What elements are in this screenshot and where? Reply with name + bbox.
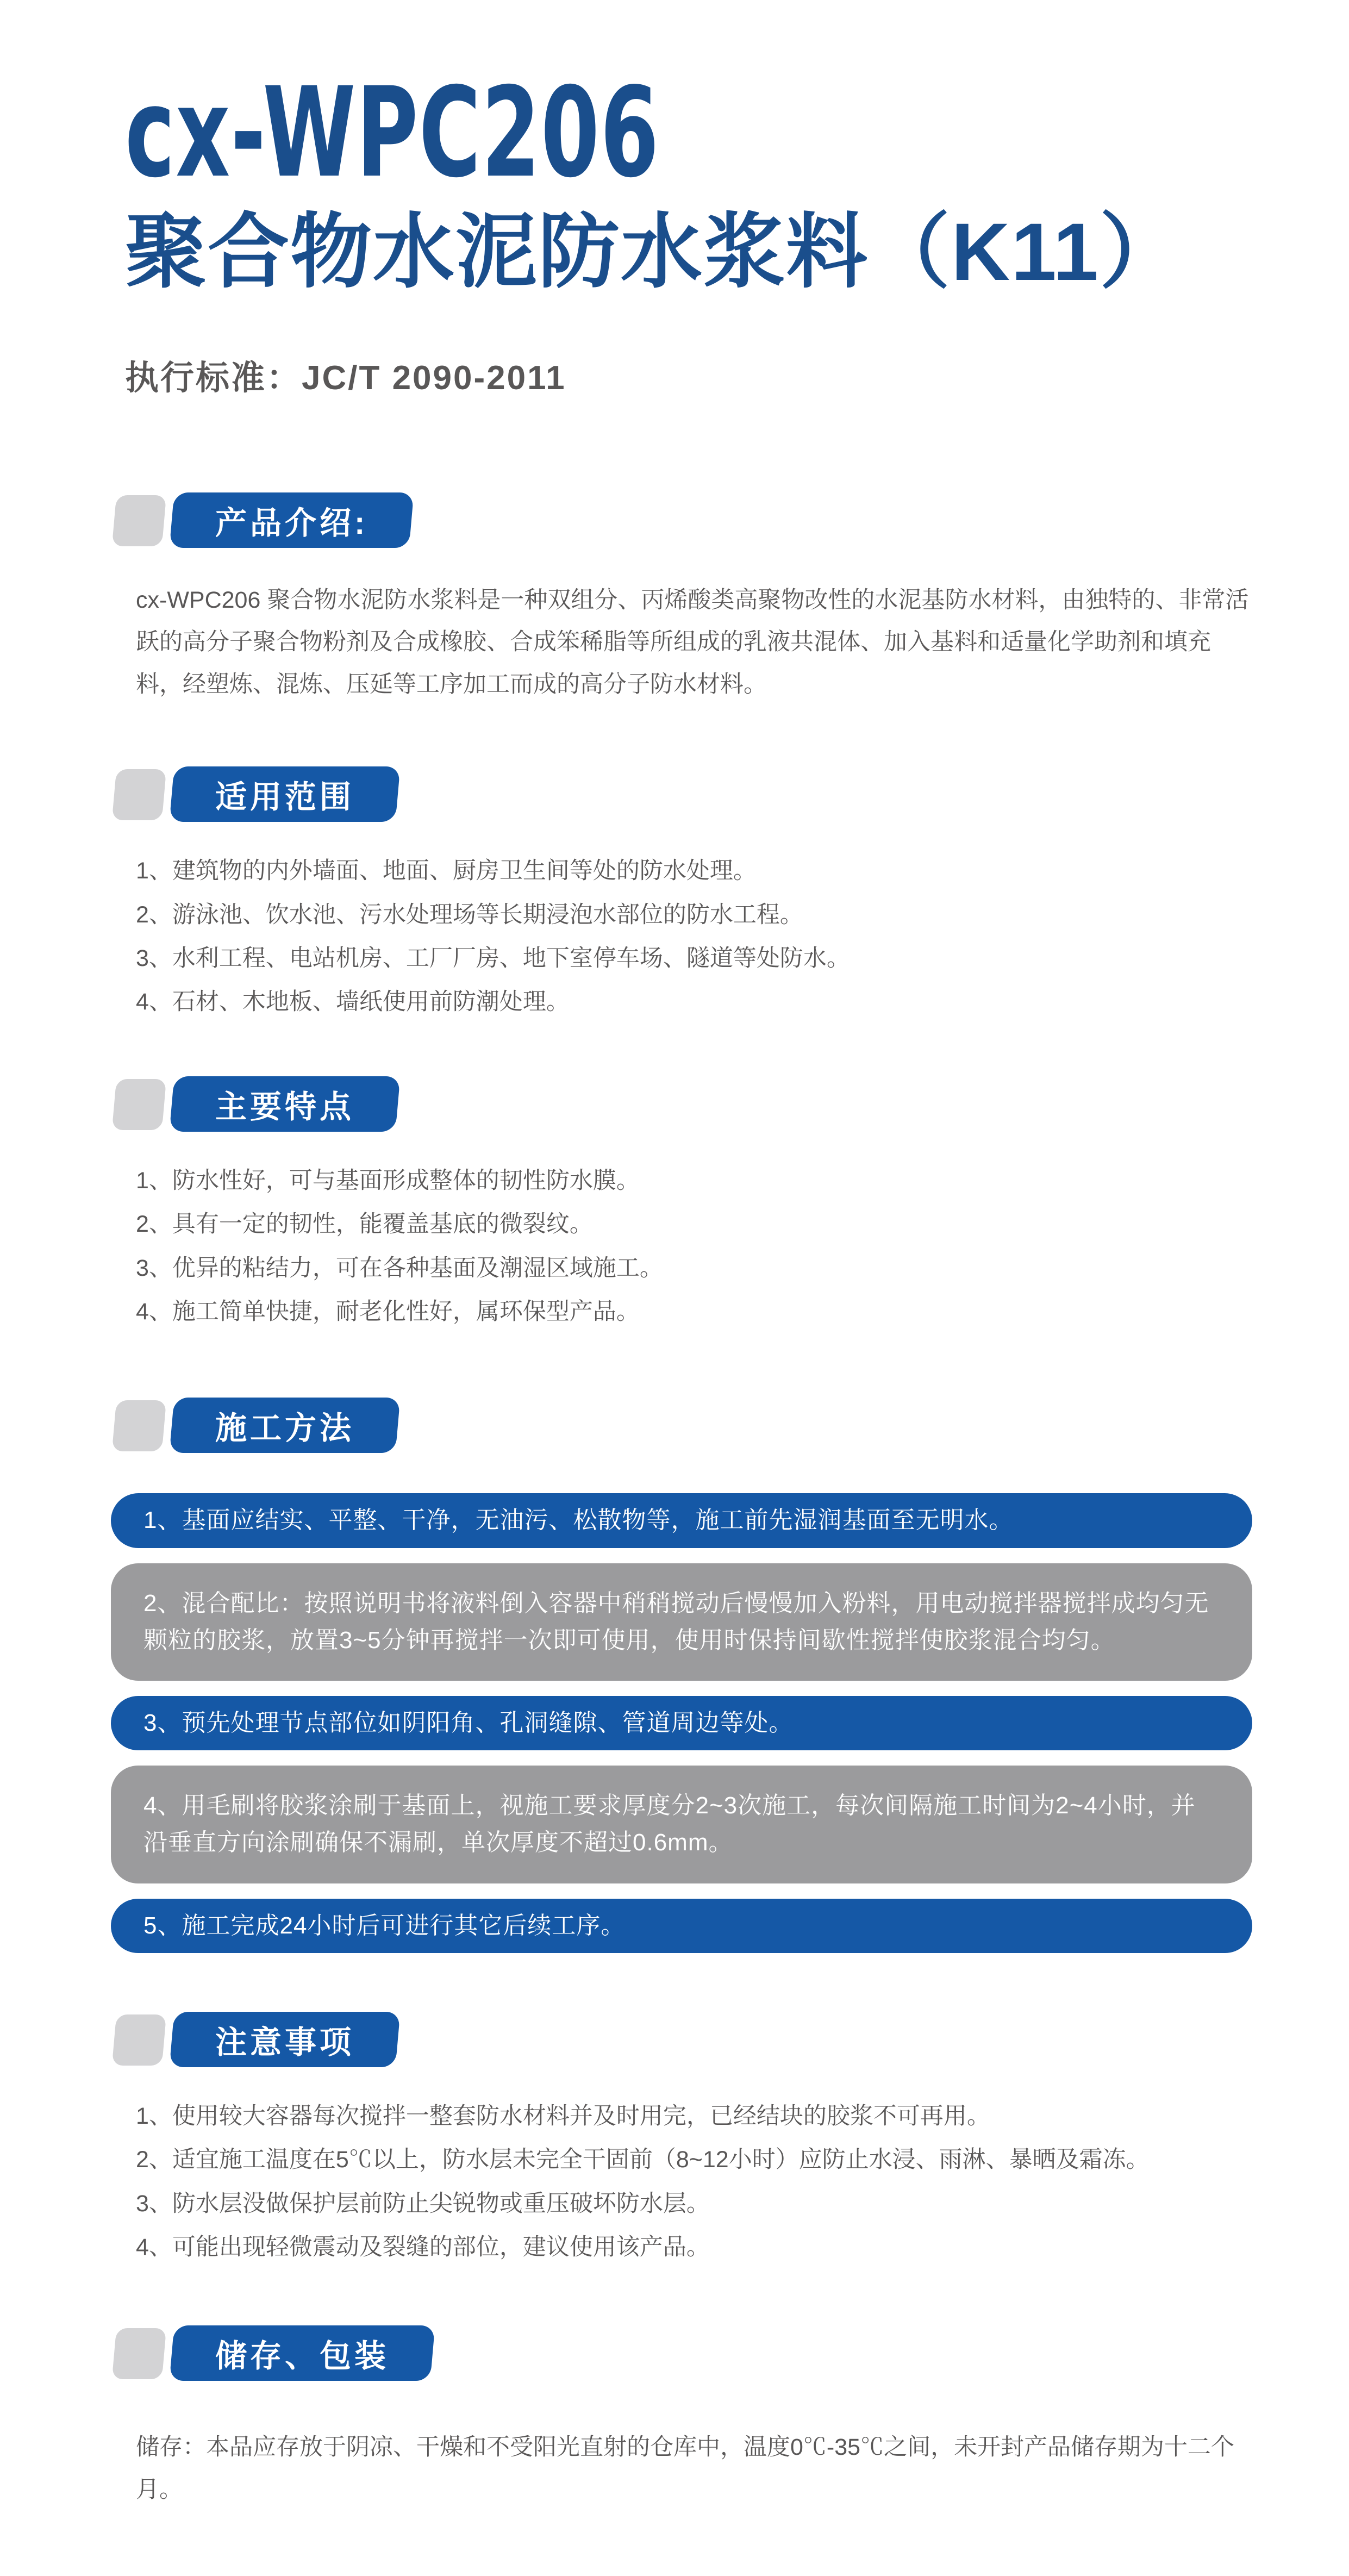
section-badge-features-label: 主要特点 xyxy=(215,1081,354,1127)
section-badge-intro-label: 产品介绍: xyxy=(215,497,368,543)
list-item: 3、优异的粘结力，可在各种基面及潮湿区域施工。 xyxy=(136,1246,1252,1290)
section-header-features: 主要特点 xyxy=(114,1076,1252,1132)
decorative-tile-icon xyxy=(112,2014,166,2066)
list-item: 4、可能出现轻微震动及裂缝的部位，建议使用该产品。 xyxy=(136,2225,1252,2269)
standard-line: 执行标准：JC/T 2090-2011 xyxy=(125,351,1252,399)
section-badge-scope-label: 适用范围 xyxy=(215,771,354,817)
section-badge-storage: 储存、包装 xyxy=(170,2325,435,2381)
scope-list: 1、建筑物的内外墙面、地面、厨房卫生间等处的防水处理。 2、游泳池、饮水池、污水… xyxy=(136,849,1252,1024)
decorative-tile-icon xyxy=(112,495,166,546)
decorative-tile-icon xyxy=(112,769,166,820)
section-badge-intro: 产品介绍: xyxy=(170,492,414,548)
section-badge-notes-label: 注意事项 xyxy=(215,2017,354,2062)
decorative-tile-icon xyxy=(112,1079,166,1130)
section-header-scope: 适用范围 xyxy=(114,766,1252,822)
list-item: 2、游泳池、饮水池、污水处理场等长期浸泡水部位的防水工程。 xyxy=(136,893,1252,937)
section-badge-method: 施工方法 xyxy=(170,1398,401,1453)
method-step-pill: 4、用毛刷将胶浆涂刷于基面上，视施工要求厚度分2~3次施工，每次间隔施工时间为2… xyxy=(111,1766,1252,1883)
list-item: 2、适宜施工温度在5℃以上，防水层未完全干固前（8~12小时）应防止水浸、雨淋、… xyxy=(136,2138,1252,2181)
section-header-method: 施工方法 xyxy=(114,1398,1252,1453)
section-badge-notes: 注意事项 xyxy=(170,2012,401,2067)
section-header-notes: 注意事项 xyxy=(114,2012,1252,2067)
decorative-tile-icon xyxy=(112,2328,166,2379)
method-step-pill: 2、混合配比：按照说明书将液料倒入容器中稍稍搅动后慢慢加入粉料，用电动搅拌器搅拌… xyxy=(111,1563,1252,1681)
method-step-pill: 1、基面应结实、平整、干净，无油污、松散物等，施工前先湿润基面至无明水。 xyxy=(111,1493,1252,1548)
product-code-title: cx-WPC206 xyxy=(125,70,891,196)
product-datasheet: cx-WPC206 聚合物水泥防水浆料（K11） 执行标准：JC/T 2090-… xyxy=(0,0,1349,2576)
list-item: 1、建筑物的内外墙面、地面、厨房卫生间等处的防水处理。 xyxy=(136,849,1252,893)
storage-paragraph: 储存：本品应存放于阴凉、干燥和不受阳光直射的仓库中，温度0℃-35℃之间，未开封… xyxy=(136,2427,1266,2511)
intro-paragraph: cx-WPC206 聚合物水泥防水浆料是一种双组分、丙烯酸类高聚物改性的水泥基防… xyxy=(136,579,1253,706)
section-badge-scope: 适用范围 xyxy=(170,766,401,822)
list-item: 3、防水层没做保护层前防止尖锐物或重压破坏防水层。 xyxy=(136,2182,1252,2225)
product-name-title: 聚合物水泥防水浆料（K11） xyxy=(125,205,1252,299)
section-badge-features: 主要特点 xyxy=(170,1076,401,1132)
list-item: 4、石材、木地板、墙纸使用前防潮处理。 xyxy=(136,980,1252,1024)
list-item: 4、施工简单快捷，耐老化性好，属环保型产品。 xyxy=(136,1290,1252,1333)
list-item: 2、具有一定的韧性，能覆盖基底的微裂纹。 xyxy=(136,1202,1252,1246)
list-item: 1、防水性好，可与基面形成整体的韧性防水膜。 xyxy=(136,1159,1252,1202)
section-badge-method-label: 施工方法 xyxy=(215,1402,354,1448)
features-list: 1、防水性好，可与基面形成整体的韧性防水膜。 2、具有一定的韧性，能覆盖基底的微… xyxy=(136,1159,1252,1334)
method-steps: 1、基面应结实、平整、干净，无油污、松散物等，施工前先湿润基面至无明水。 2、混… xyxy=(125,1493,1252,1953)
list-item: 3、水利工程、电站机房、工厂厂房、地下室停车场、隧道等处防水。 xyxy=(136,937,1252,980)
decorative-tile-icon xyxy=(112,1400,166,1451)
section-badge-storage-label: 储存、包装 xyxy=(215,2330,389,2376)
method-step-pill: 5、施工完成24小时后可进行其它后续工序。 xyxy=(111,1899,1252,1953)
list-item: 1、使用较大容器每次搅拌一整套防水材料并及时用完，已经结块的胶浆不可再用。 xyxy=(136,2094,1252,2138)
notes-list: 1、使用较大容器每次搅拌一整套防水材料并及时用完，已经结块的胶浆不可再用。 2、… xyxy=(136,2094,1252,2269)
section-header-storage: 储存、包装 xyxy=(114,2325,1252,2381)
section-header-intro: 产品介绍: xyxy=(114,492,1252,548)
method-step-pill: 3、预先处理节点部位如阴阳角、孔洞缝隙、管道周边等处。 xyxy=(111,1696,1252,1750)
